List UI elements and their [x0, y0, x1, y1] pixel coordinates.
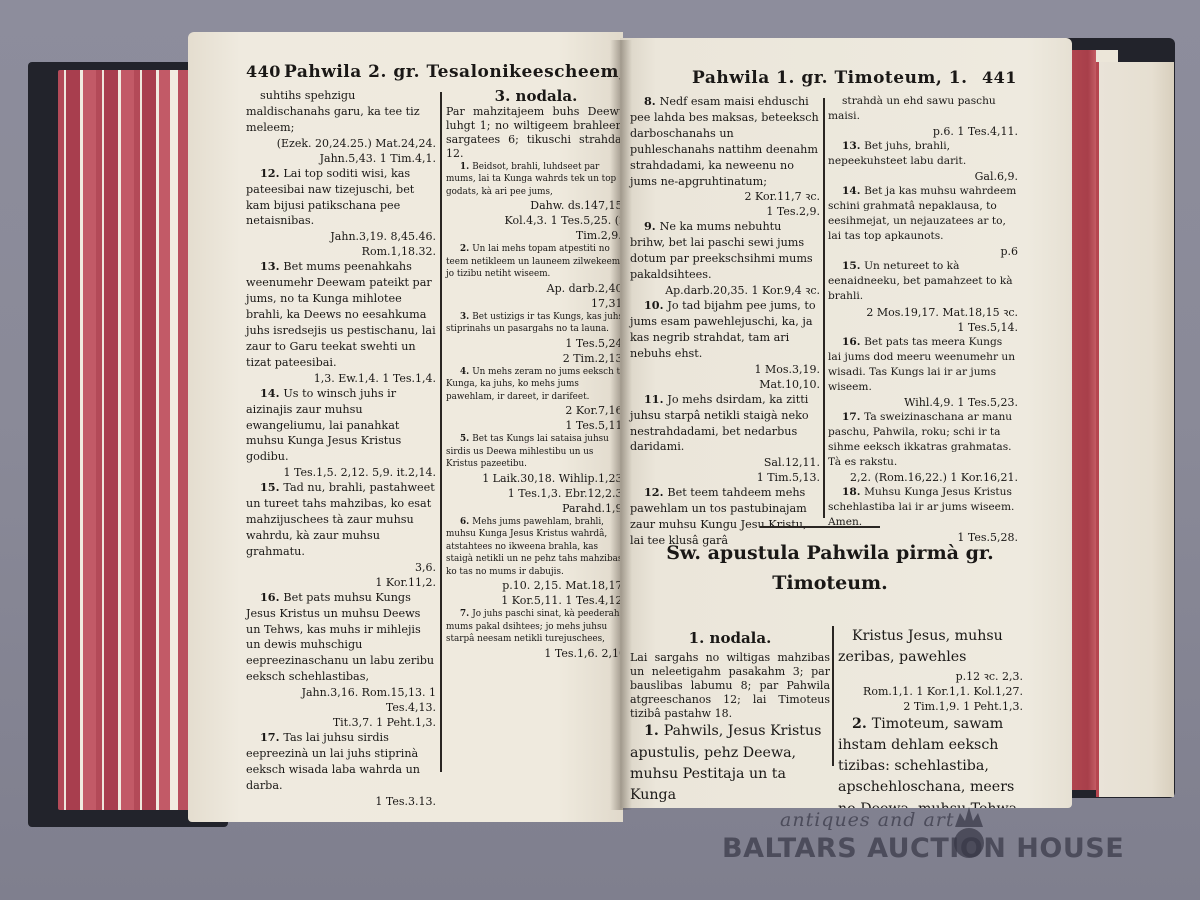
watermark-tagline: antiques and art: [780, 809, 955, 831]
cross-reference: 1 Tes.3.13.: [246, 794, 436, 809]
watermark-brand: BALTARS AUCTION HOUSE: [722, 833, 1124, 864]
cross-reference: Jahn.3,19. 8,45.46.: [246, 229, 436, 244]
cross-reference: 2 Tim.1,9. 1 Peht.1,3.: [838, 699, 1023, 714]
verse: 4. Un mehs zeram no jums eeksch ta Kunga…: [446, 366, 623, 434]
verse-number: 12.: [260, 166, 283, 180]
verse: 18. Muhsu Kunga Jesus Kristus schehlasti…: [828, 485, 1018, 545]
cross-reference: p.12 ꝛc. 2,3.: [838, 669, 1023, 684]
verse-list: 1. Pahwils, Jesus Kristus apustulis, peh…: [630, 721, 830, 806]
page-stack-right: [1096, 62, 1174, 797]
verse: 2. Timoteum, sawam ihstam dehlam eeksch …: [838, 714, 1023, 808]
verse: 3. Bet ustizigs ir tas Kungs, kas juhs s…: [446, 311, 623, 366]
column-rule: [832, 626, 834, 766]
cross-reference: Jahn.3,16. Rom.15,13. 1 Tes.4,13.: [246, 685, 436, 715]
verse-text: Un mehs zeram no jums eeksch ta Kunga, k…: [446, 367, 623, 402]
page-number: 440: [246, 62, 281, 81]
watermark: antiques and art BALTARS AUCTION HOUSE: [722, 805, 1122, 875]
cross-reference: Jahn.5,43. 1 Tim.4,1.: [246, 151, 436, 166]
verse-number: 6.: [460, 517, 472, 527]
left-column-1: suhtihs spehzigu maldischanahs garu, ka …: [246, 88, 436, 809]
verse: 17. Ta sweizinaschana ar manu paschu, Pa…: [828, 410, 1018, 485]
cross-reference: 1 Tim.5,13.: [630, 470, 820, 485]
verse: 16. Bet pats tas meera Kungs lai jums do…: [828, 335, 1018, 410]
verse-number: 15.: [260, 480, 283, 494]
cross-reference: 1 Tes.1,3. Ebr.12,2.3. Parahd.1,9.: [446, 486, 623, 516]
verse: strahdà un ehd sawu paschu maisi.p.6. 1 …: [828, 94, 1018, 139]
cross-reference: 17,31.: [446, 296, 623, 311]
verse: 13. Bet juhs, brahli, nepeekuhsteet labu…: [828, 139, 1018, 184]
verse: 14. Bet ja kas muhsu wahrdeem schini gra…: [828, 184, 1018, 259]
verse: 9. Ne ka mums nebuhtu brihw, bet lai pas…: [630, 219, 820, 298]
cross-reference: 1,3. Ew.1,4. 1 Tes.1,4.: [246, 371, 436, 386]
verse: 16. Bet pats muhsu Kungs Jesus Kristus u…: [246, 590, 436, 730]
cross-reference: Ap.darb.20,35. 1 Kor.9,4 ꝛc.: [630, 283, 820, 298]
book-gutter: [610, 40, 632, 810]
verse: 1. Beidsot, brahli, luhdseet par mums, l…: [446, 161, 623, 244]
verse-number: 2.: [852, 716, 872, 732]
cross-reference: Gal.6,9.: [828, 169, 1018, 184]
chapter-summary: Par mahzitajeem buhs Deewu luhgt 1; no w…: [446, 105, 623, 161]
cross-reference: Mat.10,10.: [630, 377, 820, 392]
cross-reference: Rom.1,18.32.: [246, 244, 436, 259]
column-rule: [823, 98, 825, 518]
cross-reference: Dahw. ds.147,15.: [446, 198, 623, 213]
cross-reference: p.6. 1 Tes.4,11.: [828, 124, 1018, 139]
page-edges-left: [58, 70, 198, 810]
cross-reference: 1 Tes.5,24.: [446, 336, 623, 351]
cross-reference: 2 Tim.2,13.: [446, 351, 623, 366]
verse-number: 3.: [460, 312, 472, 322]
cross-reference: Wihl.4,9. 1 Tes.5,23.: [828, 395, 1018, 410]
cross-reference: Rom.1,1. 1 Kor.1,1. Kol.1,27.: [838, 684, 1023, 699]
chapter-heading: 1. nodala.: [630, 628, 830, 649]
verse-number: 1.: [460, 162, 472, 172]
verse-number: 17.: [842, 411, 864, 423]
verse: 15. Un netureet to kà eenaidneeku, bet p…: [828, 259, 1018, 334]
left-page: 440 Pahwila 2. gr. Tesalonikeescheem, 2.…: [188, 32, 623, 822]
verse-text: strahdà un ehd sawu paschu maisi.: [828, 95, 996, 122]
cross-reference: 1 Laik.30,18. Wihlip.1,23.: [446, 471, 623, 486]
running-title: Pahwila 2. gr. Tesalonikeescheem, 2. 3.: [284, 62, 623, 82]
verse: 15. Tad nu, brahli, pastahweet un tureet…: [246, 480, 436, 590]
verse-number: 4.: [460, 367, 472, 377]
right-page: Pahwila 1. gr. Timoteum, 1. 441 8. Nedf …: [620, 38, 1072, 808]
verse-number: 13.: [260, 259, 283, 273]
verse-number: 5.: [460, 434, 472, 444]
page-number: 441: [982, 68, 1017, 87]
verse-number: 14.: [260, 386, 283, 400]
verse-number: 12.: [644, 485, 667, 499]
verse-number: 16.: [260, 590, 283, 604]
verse: 2. Un lai mehs topam atpestiti no teem n…: [446, 243, 623, 311]
verse-text: Mehs jums pawehlam, brahli, muhsu Kunga …: [446, 517, 623, 577]
right-column-1: 8. Nedf esam maisi ehduschi pee lahda be…: [630, 94, 820, 549]
verse-number: 7.: [460, 609, 472, 619]
verse-text: Un lai mehs topam atpestiti no teem neti…: [446, 244, 623, 279]
verse-number: 17.: [260, 730, 283, 744]
cross-reference: p.10. 2,15. Mat.18,17.: [446, 578, 623, 593]
cross-reference: 1 Tes.1,6. 2,10: [446, 646, 623, 661]
cross-reference: 3,6.: [246, 560, 436, 575]
verse-number: 14.: [842, 185, 864, 197]
cross-reference: p.6: [828, 244, 1018, 259]
verse: 1. Pahwils, Jesus Kristus apustulis, peh…: [630, 721, 830, 806]
verse: 11. Jo mehs dsirdam, ka zitti juhsu star…: [630, 392, 820, 486]
verse-number: 16.: [842, 336, 864, 348]
verse-text: Kristus Jesus, muhsu zeribas, pawehles: [838, 628, 1003, 665]
verse-text: suhtihs spehzigu maldischanahs garu, ka …: [246, 89, 420, 134]
cross-reference: Kol.4,3. 1 Tes.5,25. (2 Tim.2,9.): [446, 213, 623, 243]
cross-reference: 1 Kor.11,2.: [246, 575, 436, 590]
left-column-2: 3. nodala. Par mahzitajeem buhs Deewu lu…: [446, 88, 623, 661]
verse: 12. Lai top soditi wisi, kas pateesibai …: [246, 166, 436, 260]
verse-text: Bet mums peenahkahs weenumehr Deewam pat…: [246, 260, 436, 368]
chapter-1-right: Kristus Jesus, muhsu zeribas, pawehlesp.…: [838, 626, 1023, 808]
verse: Kristus Jesus, muhsu zeribas, pawehlesp.…: [838, 626, 1023, 714]
cross-reference: 1 Tes.1,5. 2,12. 5,9. it.2,14.: [246, 465, 436, 480]
chapter-summary: Lai sargahs no wiltigas mahzibas un nele…: [630, 651, 830, 721]
verse: 10. Jo tad bijahm pee jums, to jums esam…: [630, 298, 820, 392]
column-rule: [440, 92, 442, 772]
cross-reference: 1 Tes.5,14.: [828, 320, 1018, 335]
verse: 13. Bet mums peenahkahs weenumehr Deewam…: [246, 259, 436, 385]
cross-reference: 2,2. (Rom.16,22.) 1 Kor.16,21.: [828, 470, 1018, 485]
verse-text: Bet pats muhsu Kungs Jesus Kristus un mu…: [246, 591, 434, 684]
verse-number: 18.: [842, 486, 864, 498]
verse: 17. Tas lai juhsu sirdis eepreezinà un l…: [246, 730, 436, 809]
cross-reference: 1 Tes.2,9.: [630, 204, 820, 219]
verse-text: Beidsot, brahli, luhdseet par mums, lai …: [446, 162, 616, 197]
running-title: Pahwila 1. gr. Timoteum, 1.: [692, 68, 968, 88]
verse-number: 15.: [842, 260, 864, 272]
verse: 7. Jo juhs paschi sinat, kà peederahs mu…: [446, 608, 623, 661]
cross-reference: 1 Kor.5,11. 1 Tes.4,12.: [446, 593, 623, 608]
verse: suhtihs spehzigu maldischanahs garu, ka …: [246, 88, 436, 166]
cross-reference: 2 Kor.7,16.: [446, 403, 623, 418]
verse-text: Jo juhs paschi sinat, kà peederahs mums …: [446, 609, 623, 644]
verse-list: 1. Beidsot, brahli, luhdseet par mums, l…: [446, 161, 623, 661]
book-title: Sw. apustula Pahwila pirmà gr. Timoteum.: [640, 538, 1020, 598]
verse: 8. Nedf esam maisi ehduschi pee lahda be…: [630, 94, 820, 219]
right-column-2: strahdà un ehd sawu paschu maisi.p.6. 1 …: [828, 94, 1018, 545]
cross-reference: Tit.3,7. 1 Peht.1,3.: [246, 715, 436, 730]
verse-number: 9.: [644, 219, 660, 233]
verse-number: 1.: [644, 723, 664, 739]
cross-reference: 2 Kor.11,7 ꝛc.: [630, 189, 820, 204]
section-divider: [760, 526, 880, 528]
cross-reference: 1 Mos.3,19.: [630, 362, 820, 377]
verse-text: Bet ustizigs ir tas Kungs, kas juhs stip…: [446, 312, 623, 335]
verse-number: 10.: [644, 298, 667, 312]
cross-reference: 1 Tes.5,11.: [446, 418, 623, 433]
verse: 14. Us to winsch juhs ir aizinajis zaur …: [246, 386, 436, 481]
verse-number: 11.: [644, 392, 667, 406]
verse-number: 13.: [842, 140, 864, 152]
verse: 6. Mehs jums pawehlam, brahli, muhsu Kun…: [446, 516, 623, 609]
cross-reference: (Ezek. 20,24.25.) Mat.24,24.: [246, 136, 436, 151]
chapter-heading: 3. nodala.: [446, 90, 623, 103]
cross-reference: Sal.12,11.: [630, 455, 820, 470]
cross-reference: 2 Mos.19,17. Mat.18,15 ꝛc.: [828, 305, 1018, 320]
verse-text: Nedf esam maisi ehduschi pee lahda bes m…: [630, 95, 819, 188]
verse: 5. Bet tas Kungs lai sataisa juhsu sirdi…: [446, 433, 623, 516]
chapter-1-left: 1. nodala. Lai sargahs no wiltigas mahzi…: [630, 626, 830, 806]
verse-number: 8.: [644, 94, 660, 108]
verse-number: 2.: [460, 244, 472, 254]
cross-reference: Ap. darb.2,40.: [446, 281, 623, 296]
